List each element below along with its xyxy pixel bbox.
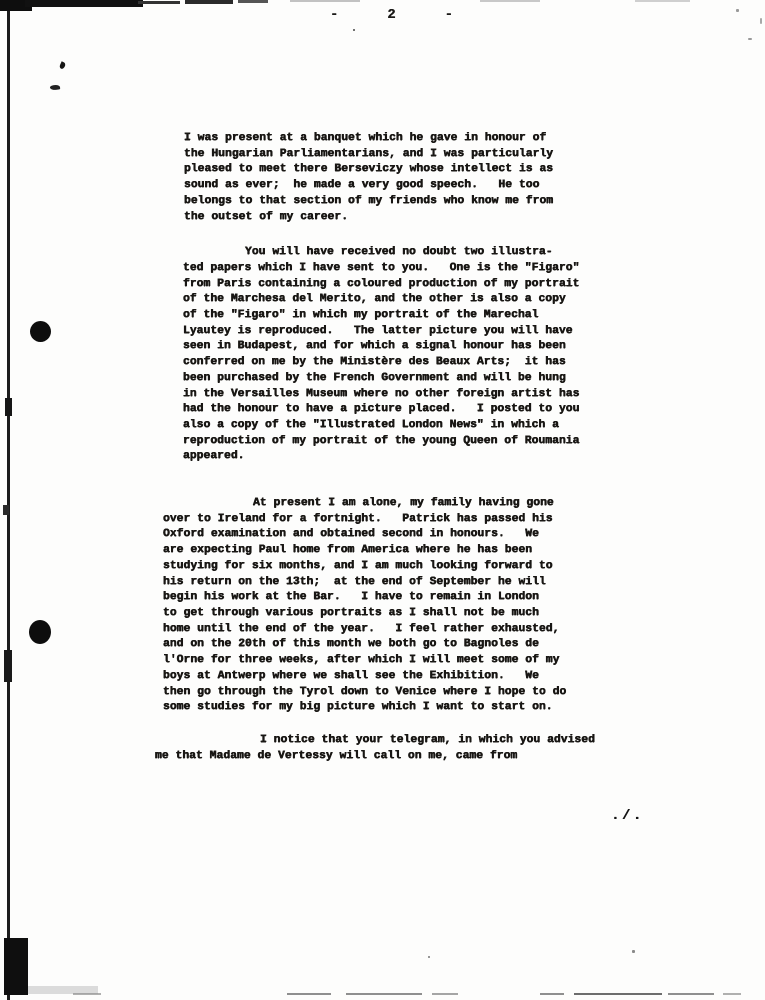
letter-line: then go through the Tyrol down to Venice… [163,685,613,701]
letter-line: been purchased by the French Government … [183,371,613,387]
hole-punch-dot [29,620,51,644]
scanned-letter-page: - 2 - I was present at a banquet which h… [0,0,765,1000]
letter-line: home until the end of the year. I feel r… [163,622,613,638]
paragraph-3: At present I am alone, my family having … [163,496,613,716]
scan-speck [428,956,430,958]
scan-edge-artifact [3,505,9,515]
letter-line: and on the 20th of this month we both go… [163,637,613,653]
letter-line: of the "Figaro" in which my portrait of … [183,308,613,324]
scan-edge-artifact [7,0,10,1000]
letter-line: from Paris containing a coloured product… [183,277,613,293]
letter-line: I was present at a banquet which he gave… [184,131,613,147]
scan-edge-artifact [185,0,233,4]
letter-line: me that Madame de Vertessy will call on … [155,749,613,765]
pen-mark [50,84,61,90]
paragraph-2: You will have received no doubt two illu… [183,245,613,465]
letter-line: of the Marchesa del Merito, and the othe… [183,292,613,308]
paragraph-4: I notice that your telegram, in which yo… [155,733,613,764]
letter-line: pleased to meet there Berseviczy whose i… [184,162,613,178]
scan-edge-artifact [346,993,422,995]
scan-edge-artifact [668,993,714,995]
letter-line: I notice that your telegram, in which yo… [155,733,613,749]
letter-line: the Hungarian Parliamentarians, and I wa… [184,147,613,163]
letter-line: At present I am alone, my family having … [163,496,613,512]
scan-speck [760,18,762,24]
letter-line: had the honour to have a picture placed.… [183,402,613,418]
letter-line: conferred on me by the Ministère des Bea… [183,355,613,371]
letter-line: boys at Antwerp where we shall see the E… [163,669,613,685]
scan-edge-artifact [480,0,540,2]
scan-edge-artifact [574,993,662,995]
letter-line: ted papers which I have sent to you. One… [183,261,613,277]
letter-line: also a copy of the "Illustrated London N… [183,418,613,434]
scan-speck [748,38,752,40]
scan-speck [736,9,739,12]
letter-line: reproduction of my portrait of the young… [183,434,613,450]
letter-line: are expecting Paul home from America whe… [163,543,613,559]
paragraph-1: I was present at a banquet which he gave… [184,131,613,225]
scan-edge-artifact [635,0,690,2]
page-number: - 2 - [330,8,450,23]
letter-line: studying for six months, and I am much l… [163,559,613,575]
letter-line: Oxford examination and obtained second i… [163,527,613,543]
letter-body: I was present at a banquet which he gave… [163,131,613,764]
scan-edge-artifact [287,993,331,995]
scan-edge-artifact [5,398,12,416]
scan-edge-artifact [138,1,180,4]
scan-edge-artifact [540,993,564,995]
letter-line: the outset of my career. [184,210,613,226]
hole-punch-dot [30,321,51,342]
letter-line: Lyautey is reproduced. The latter pictur… [183,324,613,340]
scan-edge-artifact [4,650,12,682]
letter-line: over to Ireland for a fortnight. Patrick… [163,512,613,528]
scan-edge-artifact [723,993,741,995]
letter-line: begin his work at the Bar. I have to rem… [163,590,613,606]
scan-edge-artifact [238,0,268,3]
letter-line: belongs to that section of my friends wh… [184,194,613,210]
letter-line: his return on the 13th; at the end of Se… [163,575,613,591]
letter-line: l'Orne for three weeks, after which I wi… [163,653,613,669]
letter-line: appeared. [183,449,613,465]
pen-mark [59,61,66,69]
letter-line: sound as ever; he made a very good speec… [184,178,613,194]
letter-line: You will have received no doubt two illu… [183,245,613,261]
letter-line: seen in Budapest, and for which a signal… [183,339,613,355]
scan-edge-artifact [4,938,28,995]
scan-edge-artifact [290,0,360,2]
letter-line: some studies for my big picture which I … [163,700,613,716]
continuation-mark: ./. [611,808,644,824]
scan-edge-artifact [432,993,458,995]
scan-speck [353,29,355,31]
letter-line: to get through various portraits as I sh… [163,606,613,622]
letter-line: in the Versailles Museum where no other … [183,387,613,403]
scan-edge-artifact [73,993,101,995]
scan-edge-artifact [25,0,143,7]
scan-speck [632,950,635,953]
